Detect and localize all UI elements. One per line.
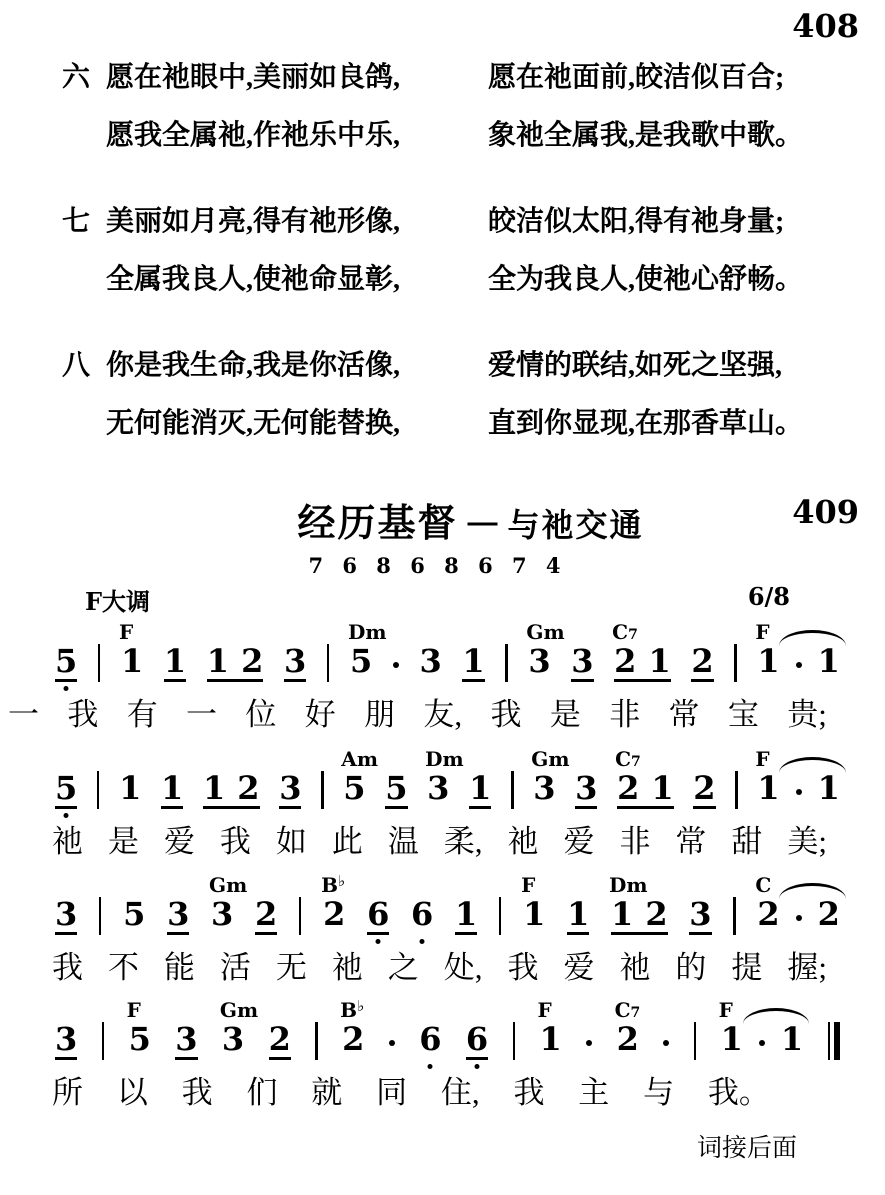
note-digits: 3 — [55, 1023, 77, 1060]
note-digits: 2 — [757, 898, 779, 935]
lyric-syllable: 美; — [787, 823, 827, 860]
note: C721 — [617, 772, 674, 809]
music-system-1: 5F11123Dm531Gm33C7212F11一我有一位好朋友,我是非常宝贵; — [0, 618, 885, 743]
octave-dot — [64, 686, 69, 691]
note: 1 — [455, 898, 477, 935]
notes-row: 511123Am55Dm31Gm33C7212F11 — [0, 745, 885, 809]
slur-group: C22 — [757, 898, 840, 935]
barline — [733, 897, 736, 935]
chord-label: C7 — [615, 1000, 641, 1020]
note: 12 — [207, 645, 264, 682]
note-digits: 1 — [757, 645, 779, 682]
lyric-syllable: 此 — [332, 823, 363, 860]
note-digit: 2 — [617, 769, 639, 807]
lyric-syllable: 常 — [675, 823, 706, 860]
note: 2 — [269, 1023, 291, 1060]
lyric-syllable: 位 — [245, 696, 276, 733]
note: 1 — [161, 772, 183, 809]
lyric-syllable: 就 — [311, 1074, 342, 1111]
time-signature: 6/8 — [748, 582, 790, 617]
music-system-3: 353Gm32B♭2661F11Dm123C22我不能活无祂之处,我爱祂的提握; — [0, 871, 885, 996]
chord-label: F — [755, 749, 769, 769]
augmentation-dot — [796, 915, 802, 921]
note: 1 — [818, 645, 840, 682]
note: F1 — [523, 898, 545, 935]
chord-label: Dm — [425, 749, 464, 769]
barline — [98, 644, 101, 682]
verse-6: 六 愿在祂眼中,美丽如良鸽, 愿在祂面前,皎洁似百合; 愿我全属祂,作祂乐中乐,… — [62, 60, 855, 154]
note-digits: 3 — [571, 645, 593, 682]
note-digit: 2 — [241, 642, 263, 680]
lyrics-line: 所以我们就同住,我主与我。 — [0, 1074, 885, 1111]
verse-8-lines: 你是我生命,我是你活像, 爱情的联结,如死之坚强, 无何能消灭,无何能替换, 直… — [106, 348, 855, 442]
note-digits: 6 — [367, 898, 389, 935]
note: 5 — [385, 772, 407, 809]
barline — [321, 771, 324, 809]
chord-char: 7 — [631, 754, 641, 770]
note-digits: 1 — [455, 898, 477, 935]
note: 3 — [575, 772, 597, 809]
note: 6 — [466, 1023, 488, 1060]
chord-char: C — [615, 998, 631, 1022]
chord-char: C — [755, 873, 771, 897]
lyric-syllable: 是 — [108, 823, 139, 860]
verse-7-lines: 美丽如月亮,得有祂形像, 皎洁似太阳,得有祂身量; 全属我良人,使祂命显彰, 全… — [106, 204, 855, 298]
chord-char: F — [538, 998, 552, 1022]
chord-char: F — [755, 620, 769, 644]
note: 3 — [284, 645, 306, 682]
note: 1 — [164, 645, 186, 682]
barline — [499, 897, 502, 935]
lyric-syllable: 同 — [376, 1074, 407, 1111]
lyric-syllable: 有 — [127, 696, 158, 733]
note: 6 — [419, 1023, 441, 1060]
lyric-syllable: 们 — [246, 1074, 277, 1111]
chord-char: C — [615, 747, 631, 771]
chord-label: F — [127, 1000, 141, 1020]
note-digits: 2 — [342, 1023, 364, 1060]
key-signature: F大调 — [85, 582, 150, 617]
augmentation-dot — [663, 1040, 669, 1046]
lyric-syllable: 祂 — [52, 823, 83, 860]
note: 6 — [367, 898, 389, 935]
lyric-syllable: 我 — [182, 1074, 213, 1111]
verse-8-number: 八 — [62, 348, 106, 442]
barline — [315, 1022, 318, 1060]
note-digits: 5 — [350, 645, 372, 682]
lyric-syllable: 一 — [186, 696, 217, 733]
lyric-syllable: 柔, — [444, 823, 483, 860]
chord-char: m — [226, 873, 247, 897]
note-digits: 1 — [523, 898, 545, 935]
barline — [511, 771, 514, 809]
note-digits: 2 — [617, 1023, 639, 1060]
lyric-syllable: 我 — [67, 696, 98, 733]
note-digits: 3 — [419, 645, 441, 682]
note-digits: 2 — [323, 898, 345, 935]
note-digits: 1 — [462, 645, 484, 682]
chord-char: 7 — [628, 627, 638, 643]
lyric-syllable: 活 — [220, 949, 251, 986]
chord-label: Am — [341, 749, 378, 769]
lyric-syllable: 的 — [675, 949, 706, 986]
chord-label: F — [521, 875, 535, 895]
note-digits: 2 — [693, 772, 715, 809]
note-digits: 3 — [175, 1023, 197, 1060]
note-digits: 3 — [211, 898, 233, 935]
verse-phrase: 象祂全属我,是我歌中歌。 — [488, 118, 855, 154]
chord-label: F — [119, 622, 133, 642]
note: C721 — [614, 645, 671, 682]
hymnal-page: 408 六 愿在祂眼中,美丽如良鸽, 愿在祂面前,皎洁似百合; 愿我全属祂,作祂… — [0, 0, 885, 1195]
note-digits: 6 — [411, 898, 433, 935]
note: 1 — [469, 772, 491, 809]
chord-char: m — [237, 998, 258, 1022]
note-digits: 1 — [121, 645, 143, 682]
augmentation-dot — [389, 1040, 395, 1046]
verse-line: 愿我全属祂,作祂乐中乐, 象祂全属我,是我歌中歌。 — [106, 118, 855, 154]
note: F1 — [121, 645, 143, 682]
augmentation-dot — [796, 662, 802, 668]
barline — [102, 1022, 105, 1060]
note-digit: 2 — [645, 895, 667, 933]
note: Dm3 — [427, 772, 449, 809]
chord-char: m — [443, 747, 464, 771]
verse-phrase: 皎洁似太阳,得有祂身量; — [488, 204, 855, 240]
note: 5 — [55, 772, 77, 809]
note-digits: 5 — [55, 645, 77, 682]
verse-block: 六 愿在祂眼中,美丽如良鸽, 愿在祂面前,皎洁似百合; 愿我全属祂,作祂乐中乐,… — [62, 60, 855, 492]
lyric-syllable: 好 — [305, 696, 336, 733]
lyric-syllable: 甜 — [731, 823, 762, 860]
note-digits: 2 — [691, 645, 713, 682]
note-digits: 2 — [269, 1023, 291, 1060]
verse-6-number: 六 — [62, 60, 106, 154]
note-digits: 6 — [419, 1023, 441, 1060]
hymn-title-main: 经历基督 — [297, 503, 457, 545]
note: F5 — [129, 1023, 151, 1060]
verse-line: 美丽如月亮,得有祂形像, 皎洁似太阳,得有祂身量; — [106, 204, 855, 240]
note-digit: 1 — [651, 769, 673, 807]
final-barline-thin — [828, 1022, 831, 1060]
barline — [735, 771, 738, 809]
augmentation-dot — [796, 789, 802, 795]
octave-dot — [64, 813, 69, 818]
note: F1 — [540, 1023, 562, 1060]
chord-label: F — [538, 1000, 552, 1020]
octave-dot — [420, 939, 425, 944]
note-digits: 1 — [164, 645, 186, 682]
lyric-syllable: 与 — [643, 1074, 674, 1111]
note-digits: 3 — [279, 772, 301, 809]
note-digits: 1 — [567, 898, 589, 935]
note-digits: 5 — [129, 1023, 151, 1060]
verse-phrase: 直到你显现,在那香草山。 — [488, 406, 855, 442]
lyrics-line: 一我有一位好朋友,我是非常宝贵; — [0, 696, 885, 733]
note-digits: 1 — [469, 772, 491, 809]
note-digits: 1 — [119, 772, 141, 809]
octave-dot — [475, 1064, 480, 1069]
verse-phrase: 全属我良人,使祂命显彰, — [106, 262, 488, 298]
note-digits: 3 — [689, 898, 711, 935]
chord-char: D — [425, 747, 442, 771]
note: Gm3 — [222, 1023, 244, 1060]
barline — [694, 1022, 697, 1060]
lyric-syllable: 朋 — [364, 696, 395, 733]
chord-label: C7 — [615, 749, 641, 769]
chord-label: C7 — [612, 622, 638, 642]
barline — [99, 897, 102, 935]
lyric-syllable: 是 — [550, 696, 581, 733]
lyric-syllable: 之 — [388, 949, 419, 986]
note-digits: 3 — [427, 772, 449, 809]
verse-phrase: 愿我全属祂,作祂乐中乐, — [106, 118, 488, 154]
note-digits: 1 — [721, 1023, 743, 1060]
note-digits: 12 — [203, 772, 260, 809]
note: C72 — [617, 1023, 639, 1060]
chord-label: Gm — [531, 749, 569, 769]
note-digits: 5 — [385, 772, 407, 809]
chord-char: m — [365, 620, 386, 644]
barline — [327, 644, 330, 682]
lyric-syllable: 宝 — [728, 696, 759, 733]
note-digits: 3 — [222, 1023, 244, 1060]
note-digit: 1 — [611, 895, 633, 933]
note: Gm3 — [211, 898, 233, 935]
chord-label: B♭ — [340, 999, 364, 1020]
lyric-syllable: 处, — [444, 949, 483, 986]
hymn-title-dash: — — [468, 506, 498, 539]
lyric-syllable: 所 — [52, 1074, 83, 1111]
verse-7: 七 美丽如月亮,得有祂形像, 皎洁似太阳,得有祂身量; 全属我良人,使祂命显彰,… — [62, 204, 855, 298]
lyric-syllable: 提 — [731, 949, 762, 986]
note: Am5 — [343, 772, 365, 809]
note-digit: 1 — [648, 642, 670, 680]
note-digits: 1 — [781, 1023, 803, 1060]
chord-char: ♭ — [357, 997, 364, 1015]
note-digit: 1 — [203, 769, 225, 807]
verse-line: 你是我生命,我是你活像, 爱情的联结,如死之坚强, — [106, 348, 855, 384]
note: B♭2 — [342, 1023, 364, 1060]
note: 3 — [571, 645, 593, 682]
chord-label: Dm — [609, 875, 648, 895]
notes-row: 3F53Gm32B♭266F1C72F11 — [0, 996, 885, 1060]
chord-label: B♭ — [321, 874, 345, 895]
note: Dm5 — [350, 645, 372, 682]
chord-char: G — [220, 998, 237, 1022]
note-digits: 21 — [614, 645, 671, 682]
chord-label: Gm — [220, 1000, 258, 1020]
hymn-title-sub: 与祂交通 — [508, 507, 644, 543]
barline — [97, 771, 100, 809]
lyric-syllable: 如 — [276, 823, 307, 860]
lyric-syllable: 温 — [388, 823, 419, 860]
lyric-syllable: 以 — [117, 1074, 148, 1111]
barline — [513, 1022, 516, 1060]
barline — [299, 897, 302, 935]
augmentation-dot — [759, 1040, 765, 1046]
lyric-syllable: 爱 — [563, 823, 594, 860]
chord-char: m — [548, 747, 569, 771]
verse-6-lines: 愿在祂眼中,美丽如良鸽, 愿在祂面前,皎洁似百合; 愿我全属祂,作祂乐中乐, 象… — [106, 60, 855, 154]
note-digits: 1 — [757, 772, 779, 809]
note-digits: 1 — [540, 1023, 562, 1060]
lyrics-line: 我不能活无祂之处,我爱祂的提握; — [0, 949, 885, 986]
note-digits: 5 — [123, 898, 145, 935]
hymn-title-row: 经历基督—与祂交通 — [0, 492, 885, 547]
note: 2 — [693, 772, 715, 809]
note-digits: 1 — [818, 645, 840, 682]
note: 1 — [462, 645, 484, 682]
chord-label: Dm — [348, 622, 387, 642]
final-barline — [828, 1022, 841, 1060]
key-time-row: F大调 6/8 — [0, 582, 885, 617]
chord-label: F — [719, 1000, 733, 1020]
lyric-syllable: 我。 — [708, 1074, 770, 1111]
lyric-syllable: 爱 — [164, 823, 195, 860]
note: Gm3 — [528, 645, 550, 682]
verse-line: 全属我良人,使祂命显彰, 全为我良人,使祂心舒畅。 — [106, 262, 855, 298]
chord-label: Gm — [526, 622, 564, 642]
note: 3 — [175, 1023, 197, 1060]
chord-char: m — [626, 873, 647, 897]
chord-char: 7 — [631, 1005, 641, 1021]
lyric-syllable: 常 — [669, 696, 700, 733]
lyric-syllable: 我 — [508, 949, 539, 986]
lyric-syllable: 能 — [164, 949, 195, 986]
lyric-syllable: 主 — [578, 1074, 609, 1111]
augmentation-dot — [586, 1040, 592, 1046]
augmentation-dot — [393, 662, 399, 668]
note: 5 — [55, 645, 77, 682]
lyric-syllable: 我 — [52, 949, 83, 986]
note-digit: 2 — [614, 642, 636, 680]
chord-char: G — [209, 873, 226, 897]
slur-group: F11 — [757, 645, 840, 682]
note: 1 — [721, 1023, 743, 1060]
lyric-syllable: 握; — [787, 949, 827, 986]
verse-phrase: 愿在祂面前,皎洁似百合; — [488, 60, 855, 96]
chord-char: F — [521, 873, 535, 897]
note-digits: 3 — [528, 645, 550, 682]
note: 3 — [279, 772, 301, 809]
barline — [734, 644, 737, 682]
note-digits: 3 — [533, 772, 555, 809]
note-digits: 3 — [55, 898, 77, 935]
verse-phrase: 美丽如月亮,得有祂形像, — [106, 204, 488, 240]
chord-char: C — [612, 620, 628, 644]
lyric-syllable: 友, — [423, 696, 462, 733]
lyric-syllable: 贵; — [787, 696, 827, 733]
lyric-syllable: 不 — [108, 949, 139, 986]
chord-char: D — [348, 620, 365, 644]
lyric-syllable: 住, — [441, 1074, 480, 1111]
note-digits: 3 — [575, 772, 597, 809]
notes-row: 353Gm32B♭2661F11Dm123C22 — [0, 871, 885, 935]
note: 2 — [818, 898, 840, 935]
lyric-syllable: 我 — [220, 823, 251, 860]
note: 1 — [757, 772, 779, 809]
verse-phrase: 你是我生命,我是你活像, — [106, 348, 488, 384]
chord-char: G — [531, 747, 548, 771]
chord-char: D — [609, 873, 626, 897]
verse-phrase: 无何能消灭,无何能替换, — [106, 406, 488, 442]
hymn-title: 经历基督—与祂交通 — [297, 492, 643, 547]
note: 1 — [818, 772, 840, 809]
chord-char: F — [119, 620, 133, 644]
lyric-syllable: 我 — [513, 1074, 544, 1111]
music-system-2: 511123Am55Dm31Gm33C7212F11祂是爱我如此温柔,祂爱非常甜… — [0, 745, 885, 870]
verse-line: 无何能消灭,无何能替换, 直到你显现,在那香草山。 — [106, 406, 855, 442]
note-digits: 1 — [161, 772, 183, 809]
chord-label: F — [755, 622, 769, 642]
note-digits: 5 — [55, 772, 77, 809]
chord-label: C — [755, 875, 771, 895]
notes-row: 5F11123Dm531Gm33C7212F11 — [0, 618, 885, 682]
note-digits: 3 — [167, 898, 189, 935]
lyric-syllable: 祂 — [332, 949, 363, 986]
slur-group: F11 — [757, 772, 840, 809]
lyric-syllable: 祂 — [508, 823, 539, 860]
lyric-syllable: 无 — [276, 949, 307, 986]
chord-char: A — [341, 747, 357, 771]
chord-char: F — [719, 998, 733, 1022]
chord-char: ♭ — [338, 872, 345, 890]
note: 1 — [757, 645, 779, 682]
note: 6 — [411, 898, 433, 935]
note-digits: 2 — [818, 898, 840, 935]
note-digits: 1 — [818, 772, 840, 809]
note: 3 — [167, 898, 189, 935]
lyric-syllable: 我 — [491, 696, 522, 733]
chord-char: F — [755, 747, 769, 771]
octave-dot — [376, 939, 381, 944]
slur-group: F11 — [721, 1023, 804, 1060]
verse-8: 八 你是我生命,我是你活像, 爱情的联结,如死之坚强, 无何能消灭,无何能替换,… — [62, 348, 855, 442]
verse-line: 愿在祂眼中,美丽如良鸽, 愿在祂面前,皎洁似百合; — [106, 60, 855, 96]
verse-phrase: 爱情的联结,如死之坚强, — [488, 348, 855, 384]
note-digits: 3 — [284, 645, 306, 682]
hymn-number: 409 — [792, 496, 859, 528]
final-barline-thick — [834, 1022, 840, 1060]
note-digits: 2 — [255, 898, 277, 935]
lyric-syllable: 非 — [619, 823, 650, 860]
lyric-syllable: 非 — [609, 696, 640, 733]
note-digits: 21 — [617, 772, 674, 809]
lyric-syllable: 爱 — [563, 949, 594, 986]
note: 1 — [567, 898, 589, 935]
note: 3 — [55, 1023, 77, 1060]
lyric-syllable: 祂 — [619, 949, 650, 986]
note: 2 — [255, 898, 277, 935]
octave-dot — [428, 1064, 433, 1069]
note: 12 — [203, 772, 260, 809]
footer-note: 词接后面 — [697, 1128, 797, 1164]
music-system-4: 3F53Gm32B♭266F1C72F11所以我们就同住,我主与我。 — [0, 996, 885, 1121]
note: 5 — [123, 898, 145, 935]
chord-char: m — [357, 747, 378, 771]
note: 1 — [781, 1023, 803, 1060]
verse-phrase: 全为我良人,使祂心舒畅。 — [488, 262, 855, 298]
note-digits: 12 — [611, 898, 668, 935]
chord-char: m — [543, 620, 564, 644]
chord-char: G — [526, 620, 543, 644]
hymn-meter: 7 6 8 6 8 6 7 4 — [0, 553, 885, 578]
stanza-number: 一 — [8, 696, 39, 733]
barline — [505, 644, 508, 682]
chord-char: B — [340, 998, 357, 1022]
chord-label: Gm — [209, 875, 247, 895]
